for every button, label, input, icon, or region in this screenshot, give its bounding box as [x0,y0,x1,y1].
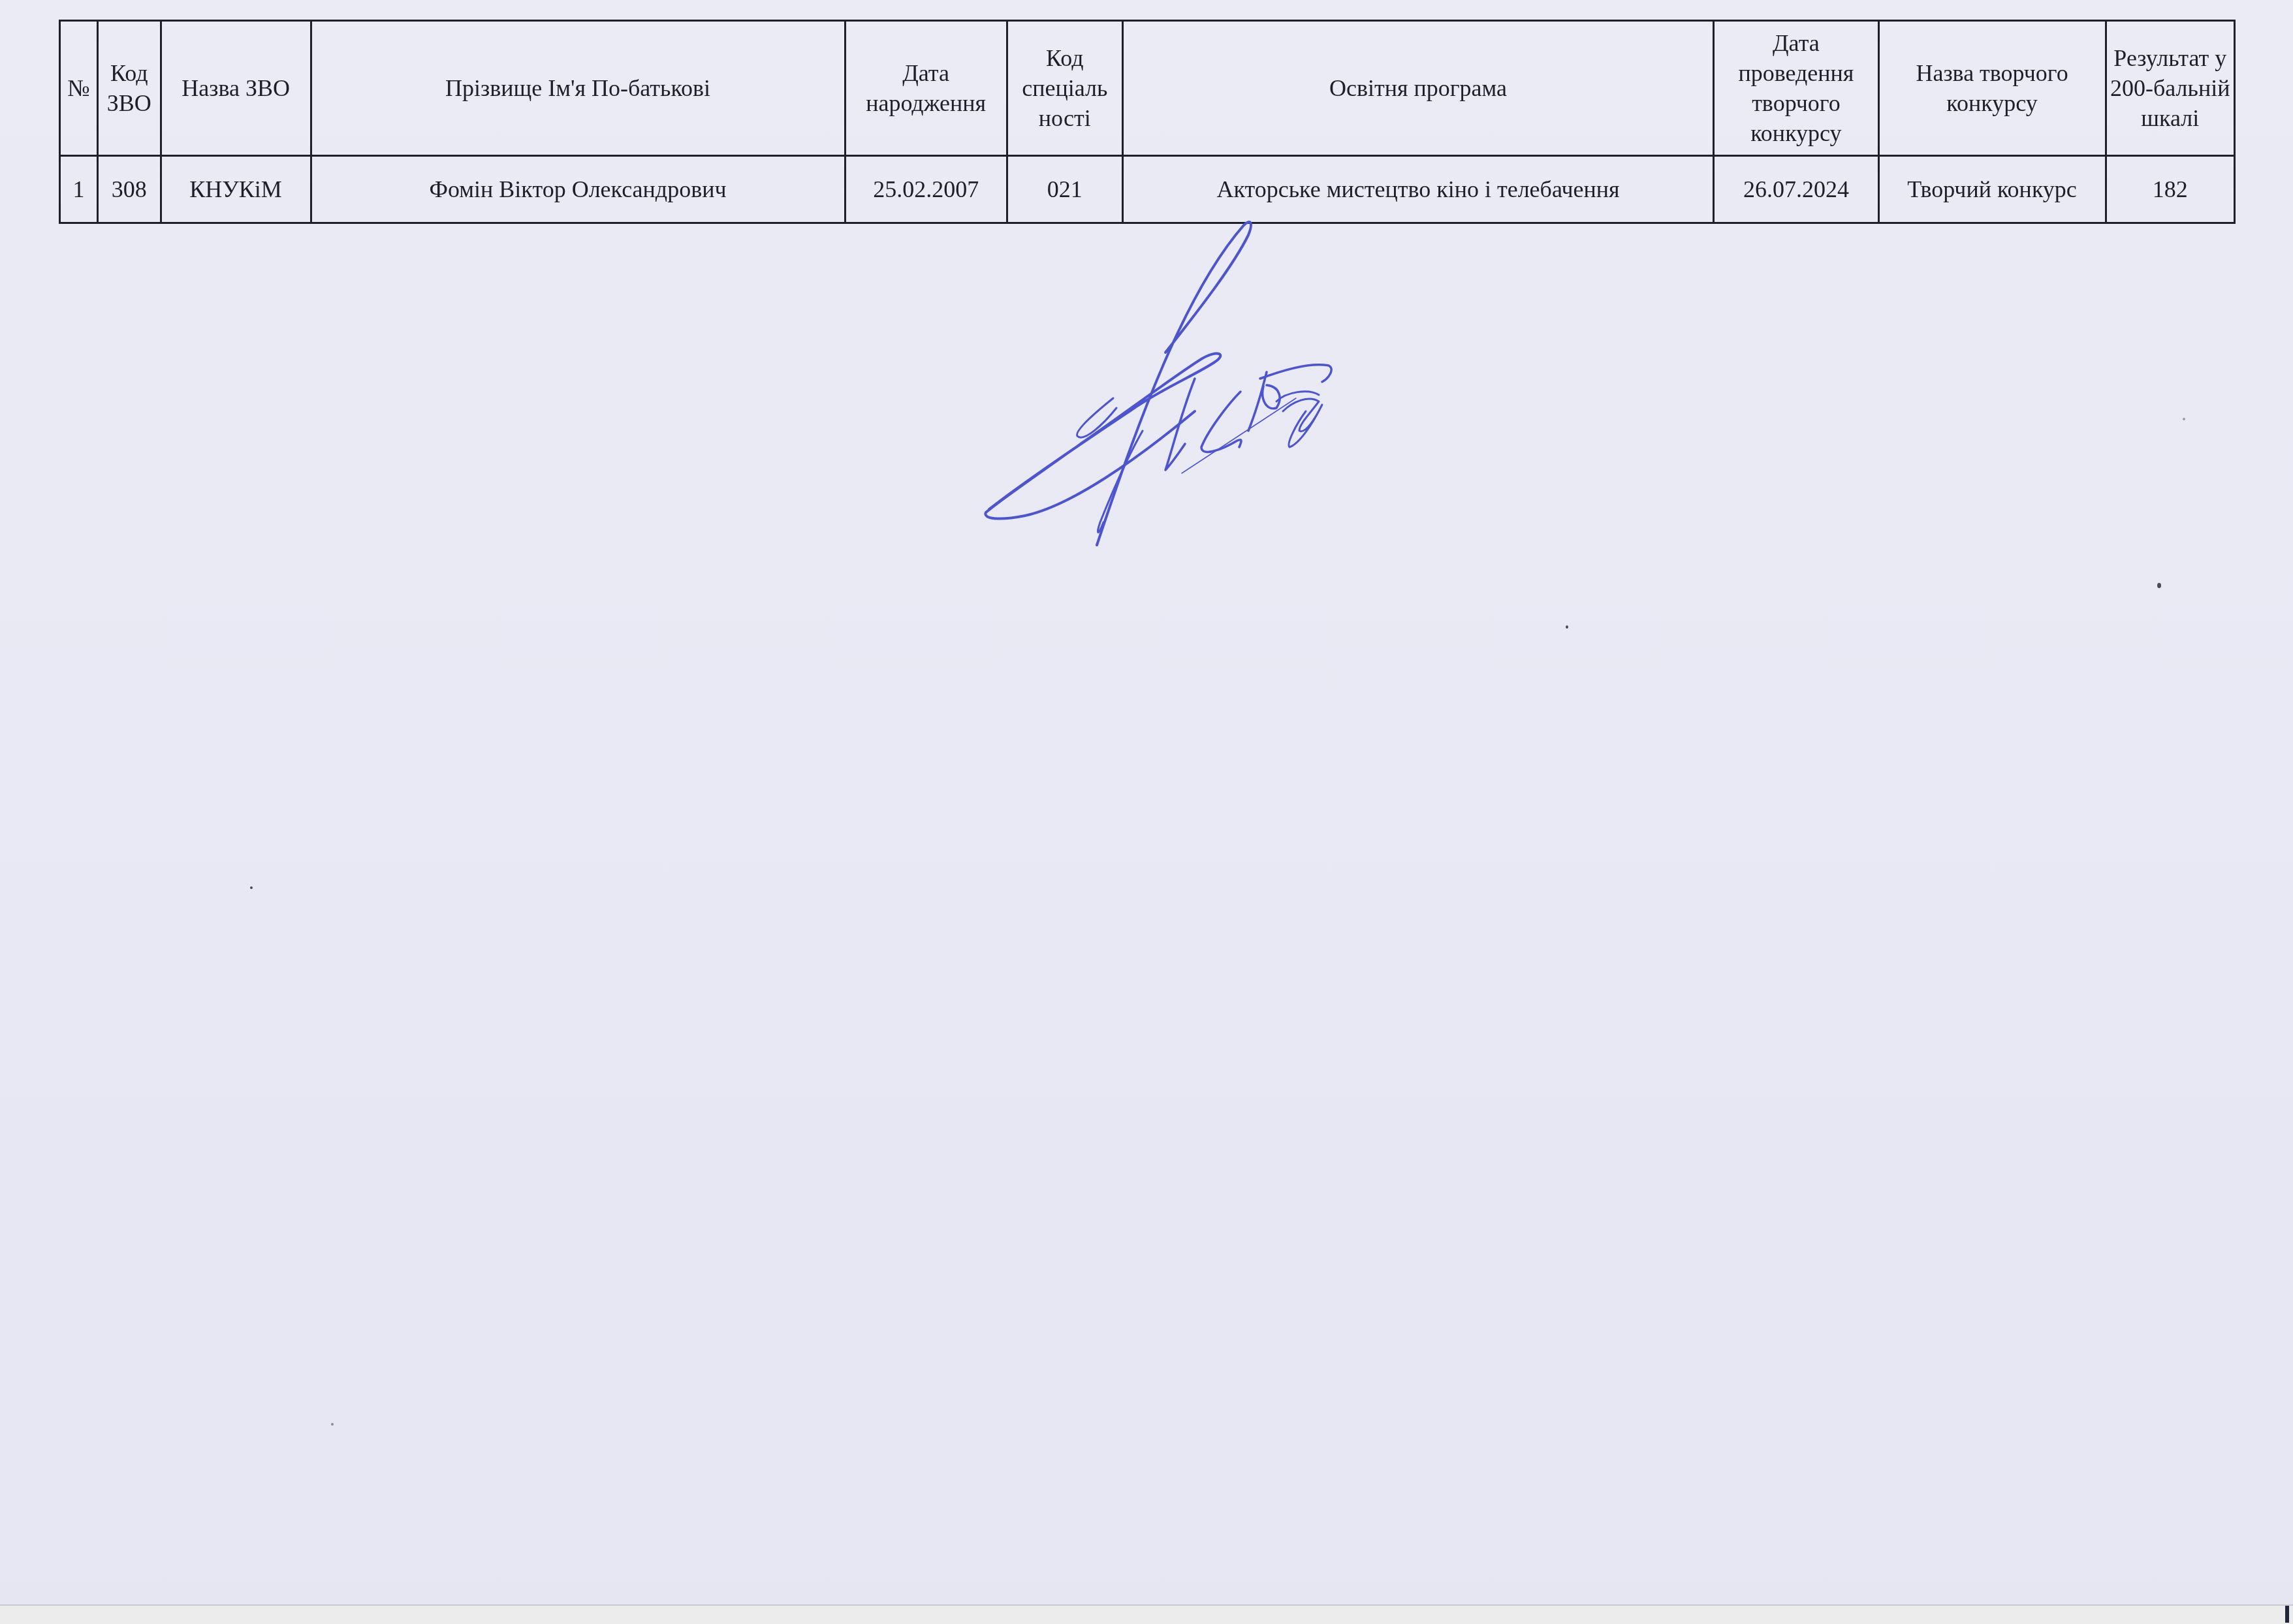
cell-program: Акторське мистецтво кіно і телебачення [1122,156,1713,223]
table-header-row: № Код ЗВО Назва ЗВО Прізвище Ім'я По-бат… [60,21,2235,156]
header-specialty-code: Код спеціаль ності [1007,21,1122,156]
cell-specialty-code: 021 [1007,156,1122,223]
scan-speck [331,1423,334,1426]
cell-full-name: Фомін Віктор Олександрович [311,156,845,223]
header-number: № [60,21,98,156]
scanned-page: № Код ЗВО Назва ЗВО Прізвище Ім'я По-бат… [0,0,2293,1604]
scan-speck [2157,583,2161,588]
cell-institution-name: КНУКіМ [161,156,311,223]
cell-score: 182 [2106,156,2234,223]
cell-institution-code: 308 [97,156,161,223]
header-birth-date: Дата народження [845,21,1007,156]
cell-contest-date: 26.07.2024 [1714,156,1878,223]
scanner-edge-mark [2285,1606,2289,1623]
header-institution-name: Назва ЗВО [161,21,311,156]
scan-speck [1566,625,1568,629]
results-table: № Код ЗВО Назва ЗВО Прізвище Ім'я По-бат… [59,20,2236,224]
scan-speck [250,886,253,889]
header-contest-date: Дата проведення творчого конкурсу [1714,21,1878,156]
cell-number: 1 [60,156,98,223]
table-row: 1 308 КНУКіМ Фомін Віктор Олександрович … [60,156,2235,223]
header-score: Результат у 200-бальній шкалі [2106,21,2234,156]
cell-contest-name: Творчий конкурс [1878,156,2106,223]
header-institution-code: Код ЗВО [97,21,161,156]
handwritten-signature [979,215,1998,672]
header-program: Освітня програма [1122,21,1713,156]
cell-birth-date: 25.02.2007 [845,156,1007,223]
header-contest-name: Назва творчого конкурсу [1878,21,2106,156]
scan-speck [2183,418,2185,420]
header-full-name: Прізвище Ім'я По-батькові [311,21,845,156]
scanner-edge [0,1604,2293,1624]
